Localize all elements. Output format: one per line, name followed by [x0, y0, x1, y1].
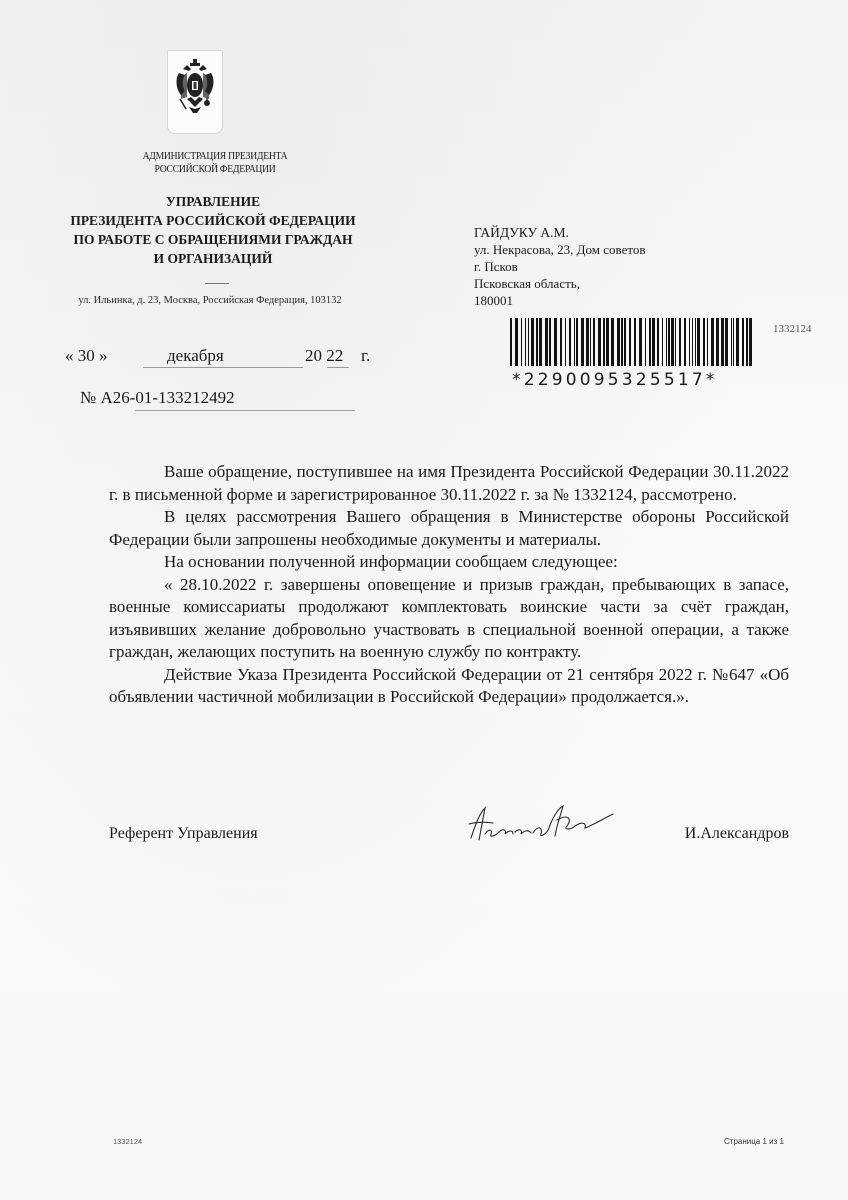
registration-underline [135, 410, 355, 411]
body-paragraph: Ваше обращение, поступившее на имя Прези… [109, 461, 789, 506]
date-month: декабря [167, 345, 224, 367]
recipient-address-line: г. Псков [474, 258, 646, 275]
date-day: « 30 » [65, 345, 108, 367]
footer-page-number: Страница 1 из 1 [724, 1137, 784, 1146]
recipient-address-line: Псковская область, [474, 275, 646, 292]
administration-line: АДМИНИСТРАЦИЯ ПРЕЗИДЕНТА [118, 150, 311, 163]
signer-name: И.Александров [685, 824, 789, 844]
body-paragraph: « 28.10.2022 г. завершены оповещение и п… [109, 574, 789, 664]
body-paragraph: В целях рассмотрения Вашего обращения в … [109, 506, 789, 551]
coat-of-arms-icon [167, 50, 223, 134]
department-line: И ОРГАНИЗАЦИЙ [48, 249, 378, 268]
department-address: ул. Ильинка, д. 23, Москва, Российская Ф… [30, 294, 390, 307]
recipient-name: ГАЙДУКУ А.М. [474, 224, 646, 241]
department-title: УПРАВЛЕНИЕ ПРЕЗИДЕНТА РОССИЙСКОЙ ФЕДЕРАЦ… [48, 192, 378, 268]
signature-block: Референт Управления И.Александров [109, 822, 789, 846]
registration-number: № А26-01-133212492 [80, 387, 235, 409]
department-line: УПРАВЛЕНИЕ [48, 192, 378, 211]
date-suffix: г. [361, 345, 370, 367]
letter-body: Ваше обращение, поступившее на имя Прези… [109, 461, 789, 709]
administration-line: РОССИЙСКОЙ ФЕДЕРАЦИИ [118, 163, 311, 176]
date-month-underline [143, 367, 303, 368]
body-paragraph: На основании полученной информации сообщ… [109, 551, 789, 574]
handwritten-signature-icon [463, 800, 623, 846]
department-line: ПРЕЗИДЕНТА РОССИЙСКОЙ ФЕДЕРАЦИИ [48, 211, 378, 230]
administration-title: АДМИНИСТРАЦИЯ ПРЕЗИДЕНТА РОССИЙСКОЙ ФЕДЕ… [118, 150, 311, 176]
barcode-number: *2290095325517* [512, 370, 762, 390]
recipient-address-line: 180001 [474, 292, 646, 309]
body-paragraph: Действие Указа Президента Российской Фед… [109, 664, 789, 709]
signer-role: Референт Управления [109, 824, 258, 844]
letter-page: АДМИНИСТРАЦИЯ ПРЕЗИДЕНТА РОССИЙСКОЙ ФЕДЕ… [0, 0, 848, 1200]
recipient-block: ГАЙДУКУ А.М. ул. Некрасова, 23, Дом сове… [474, 224, 646, 309]
department-line: ПО РАБОТЕ С ОБРАЩЕНИЯМИ ГРАЖДАН [48, 230, 378, 249]
date-year-underline [327, 367, 349, 368]
barcode-icon [510, 318, 758, 366]
recipient-address-line: ул. Некрасова, 23, Дом советов [474, 241, 646, 258]
date-year: 20 22 [305, 345, 343, 367]
footer-document-id: 1332124 [113, 1137, 142, 1146]
barcode-side-number: 1332124 [773, 323, 812, 335]
header-divider [205, 283, 229, 284]
